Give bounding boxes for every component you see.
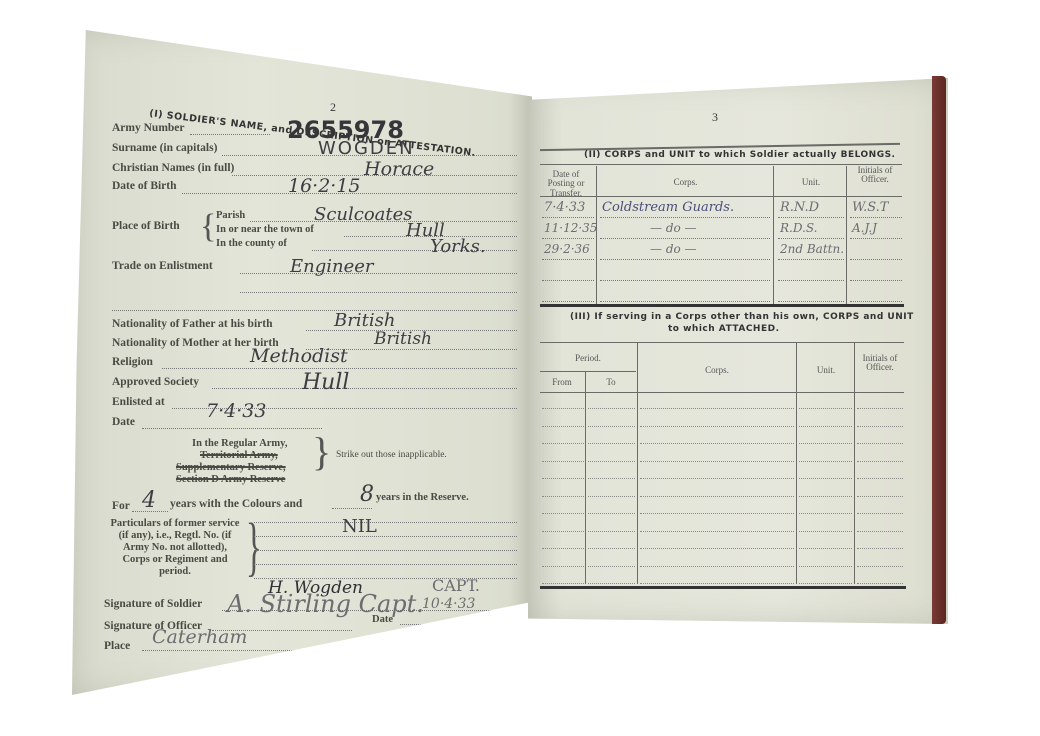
row-dots (799, 461, 852, 462)
former-service-dots-4 (254, 564, 517, 565)
row-dots (857, 408, 903, 409)
row-dots (640, 426, 794, 427)
col-from: From (540, 378, 584, 387)
row-dots (588, 461, 635, 462)
approved-society-label: Approved Society (112, 376, 199, 388)
for-label: For (112, 500, 130, 512)
col-initials: Initials of Officer. (848, 166, 902, 185)
row-dots (778, 259, 844, 260)
row-dots (850, 259, 902, 260)
service-option-supplementary: Supplementary Reserve, (176, 462, 286, 473)
section-ii-col-rule (540, 196, 902, 197)
row-dots (857, 461, 903, 462)
row-dots (542, 443, 584, 444)
row-dots (542, 531, 584, 532)
row-dots (799, 478, 852, 479)
table-row (528, 263, 908, 284)
county-value: Yorks. (430, 236, 486, 257)
trade-dots (240, 273, 517, 274)
row-dots (588, 531, 635, 532)
reserve-label: years in the Reserve. (376, 492, 469, 503)
row-dots (640, 478, 794, 479)
section-iii-header-rule (540, 392, 904, 393)
former-service-value: NIL (342, 516, 377, 537)
col-attached-unit: Unit. (798, 366, 854, 375)
page-number-right: 3 (712, 110, 718, 125)
row-dots (857, 548, 903, 549)
cell-corps: Coldstream Guards. (602, 200, 734, 215)
row-dots (640, 566, 794, 567)
row-dots (799, 496, 852, 497)
parish-value: Sculcoates (314, 204, 413, 225)
row-dots (799, 443, 852, 444)
row-dots (799, 426, 852, 427)
signature-soldier-label: Signature of Soldier (104, 598, 202, 610)
cell-unit: R.D.S. (780, 221, 817, 235)
date-dots (142, 428, 322, 429)
row-dots (640, 583, 794, 584)
table-row: 11·12·35— do —R.D.S.A.J.J (528, 221, 908, 242)
row-dots (640, 443, 794, 444)
row-dots (542, 583, 584, 584)
row-dots (857, 496, 903, 497)
period-split-rule (540, 371, 636, 372)
colours-years-value: 4 (142, 488, 156, 513)
row-dots (588, 408, 635, 409)
religion-value: Methodist (250, 345, 348, 367)
cell-unit: 2nd Battn. (780, 242, 844, 256)
row-dots (799, 566, 852, 567)
row-dots (857, 478, 903, 479)
service-option-territorial: Territorial Army, (200, 450, 278, 461)
col-date-posting: Date of Posting or Transfer. (540, 170, 592, 198)
former-service-dots-2 (254, 536, 517, 537)
col-period: Period. (540, 354, 636, 363)
row-dots (542, 238, 594, 239)
row-dots (778, 301, 844, 302)
row-dots (542, 217, 594, 218)
row-dots (799, 583, 852, 584)
book-cover-edge (932, 76, 946, 624)
row-dots (850, 217, 902, 218)
row-dots (640, 496, 794, 497)
former-service-brace: } (246, 514, 262, 580)
cell-corps: — do — (650, 242, 697, 256)
row-dots (542, 496, 584, 497)
left-page: 2 (I) SOLDIER'S NAME, and DESCRIPTION on… (72, 30, 532, 695)
row-dots (640, 461, 794, 462)
date-of-birth-value: 16·2·15 (288, 175, 361, 197)
row-dots (640, 408, 794, 409)
cell-date: 11·12·35 (544, 221, 597, 235)
row-dots (857, 531, 903, 532)
table-row (528, 466, 908, 483)
mother-nationality-value: British (374, 329, 432, 349)
army-number-label: Army Number (112, 122, 185, 134)
cell-unit: R.N.D (780, 200, 819, 215)
row-dots (542, 566, 584, 567)
row-dots (778, 217, 844, 218)
row-dots (542, 408, 584, 409)
section-ii-header-rule (540, 164, 902, 165)
row-dots (600, 259, 770, 260)
row-dots (850, 301, 902, 302)
row-dots (850, 280, 902, 281)
col-attached-corps: Corps. (638, 366, 796, 375)
row-dots (857, 426, 903, 427)
christian-names-value: Horace (364, 158, 434, 180)
date-value: 7·4·33 (206, 400, 266, 422)
section-iii-top-rule (540, 342, 904, 343)
table-row (528, 536, 908, 553)
row-dots (542, 259, 594, 260)
row-dots (857, 513, 903, 514)
col-unit: Unit. (776, 178, 846, 187)
table-row (528, 414, 908, 431)
row-dots (857, 566, 903, 567)
row-dots (778, 280, 844, 281)
place-of-birth-brace: { (200, 210, 216, 244)
row-dots (799, 531, 852, 532)
row-dots (640, 548, 794, 549)
cell-date: 7·4·33 (544, 200, 585, 215)
table-row (528, 554, 908, 571)
place-dots (142, 650, 352, 651)
row-dots (542, 426, 584, 427)
row-dots (542, 513, 584, 514)
page-number-left: 2 (330, 100, 336, 115)
row-dots (588, 513, 635, 514)
table-row (528, 519, 908, 536)
section-ii-bottom-rule (540, 304, 904, 307)
town-label: In or near the town of (216, 224, 314, 235)
row-dots (778, 238, 844, 239)
row-dots (542, 461, 584, 462)
row-dots (857, 583, 903, 584)
row-dots (640, 531, 794, 532)
row-dots (588, 548, 635, 549)
col-corps: Corps. (598, 178, 773, 187)
cell-date: 29·2·36 (544, 242, 590, 256)
trade-value: Engineer (290, 256, 374, 277)
surname-value: WOGDEN (318, 138, 415, 159)
service-option-section-d: Section D Army Reserve (176, 474, 285, 485)
christian-names-label: Christian Names (in full) (112, 162, 234, 174)
reserve-years-value: 8 (360, 482, 374, 507)
table-row: 7·4·33Coldstream Guards.R.N.DW.S.T (528, 200, 908, 221)
religion-dots (162, 368, 517, 369)
row-dots (799, 408, 852, 409)
county-dots (312, 250, 517, 251)
strike-out-note: Strike out those inapplicable. (336, 450, 447, 460)
row-dots (857, 443, 903, 444)
parish-label: Parish (216, 210, 245, 221)
row-dots (542, 478, 584, 479)
table-row (528, 484, 908, 501)
reserve-years-dots (332, 508, 372, 509)
colours-label: years with the Colours and (170, 498, 302, 510)
father-nationality-value: British (334, 310, 395, 331)
row-dots (588, 566, 635, 567)
row-dots (600, 238, 770, 239)
row-dots (588, 583, 635, 584)
row-dots (799, 513, 852, 514)
table-row: 29·2·36— do —2nd Battn. (528, 242, 908, 263)
col-to: To (586, 378, 636, 387)
section-iii-bottom-rule (540, 586, 906, 589)
row-dots (542, 280, 594, 281)
date-of-birth-label: Date of Birth (112, 180, 177, 192)
row-dots (588, 496, 635, 497)
row-dots (542, 301, 594, 302)
table-row (528, 284, 908, 305)
row-dots (640, 513, 794, 514)
place-label: Place (104, 640, 130, 652)
date-signed-value: 10·4·33 (422, 596, 475, 612)
signature-officer-value: A. Stirling Capt. (227, 590, 424, 618)
place-of-birth-label: Place of Birth (112, 220, 180, 232)
trade-label: Trade on Enlistment (112, 260, 213, 272)
cell-initials: A.J.J (852, 221, 877, 235)
trade-extra-dots-2 (112, 310, 517, 311)
row-dots (588, 443, 635, 444)
enlisted-at-label: Enlisted at (112, 396, 165, 408)
section-iii-title-line1: (III) If serving in a Corps other than h… (570, 312, 914, 322)
religion-label: Religion (112, 356, 153, 368)
table-row (528, 396, 908, 413)
section-ii-title: (II) CORPS and UNIT to which Soldier act… (584, 150, 895, 160)
county-label: In the county of (216, 238, 287, 249)
col-attached-initials: Initials of Officer. (856, 354, 904, 373)
date-signed-dots (400, 624, 517, 625)
trade-extra-dots-1 (240, 292, 517, 293)
row-dots (799, 548, 852, 549)
table-row (528, 431, 908, 448)
table-row (528, 449, 908, 466)
row-dots (588, 478, 635, 479)
table-row (528, 501, 908, 518)
approved-society-dots (212, 388, 517, 389)
father-nationality-label: Nationality of Father at his birth (112, 318, 272, 330)
row-dots (588, 426, 635, 427)
surname-label: Surname (in capitals) (112, 142, 217, 154)
row-dots (850, 238, 902, 239)
service-brace: } (312, 432, 331, 472)
former-service-label: Particulars of former service (if any), … (110, 518, 240, 578)
place-value: Caterham (152, 626, 247, 648)
former-service-dots-1 (254, 522, 517, 523)
cell-corps: — do — (650, 221, 697, 235)
row-dots (542, 548, 584, 549)
row-dots (600, 280, 770, 281)
former-service-dots-3 (254, 550, 517, 551)
army-number-dots (190, 134, 270, 135)
service-option-regular: In the Regular Army, (192, 438, 287, 449)
row-dots (600, 217, 770, 218)
officer-rank-value: CAPT. (432, 576, 480, 595)
date-signed-label: Date (372, 614, 393, 625)
row-dots (600, 301, 770, 302)
approved-society-value: Hull (302, 370, 349, 395)
section-iii-title-line2: to which ATTACHED. (668, 324, 780, 334)
cell-initials: W.S.T (852, 200, 888, 215)
date-label: Date (112, 416, 135, 428)
right-page: 3 (II) CORPS and UNIT to which Soldier a… (528, 78, 948, 624)
